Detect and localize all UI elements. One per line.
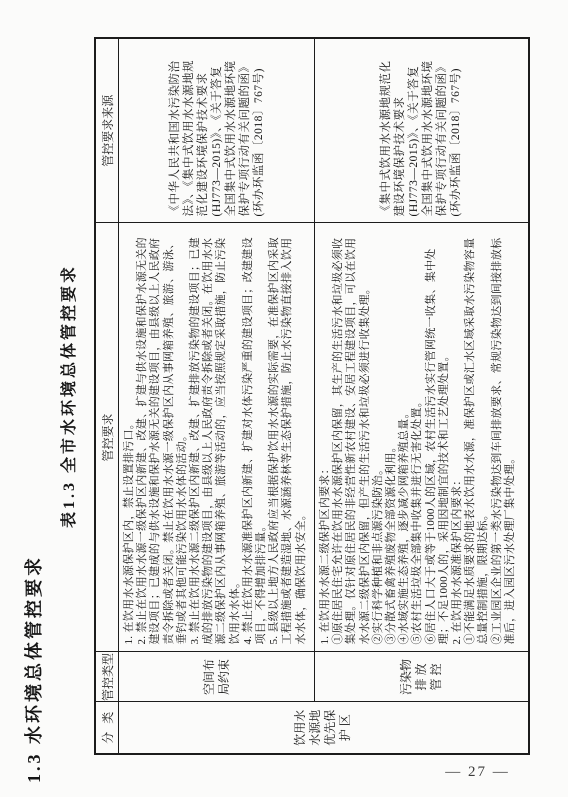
table-header-row: 分类 管控类型 管控要求 管控要求来源	[95, 38, 119, 754]
control-type-cell-pollutant: 污染物 排 放 管 控	[315, 652, 529, 702]
scanned-document-page: { "page": { "footer": "— 27 —" }, "headi…	[0, 0, 568, 797]
control-type-cell-spatial: 空间布 局约束	[119, 652, 315, 702]
category-cell: 饮用水 水源地 优先保 护 区	[119, 702, 529, 754]
footer-page-number: — 27 —	[425, 764, 530, 781]
header-cell-source: 管控要求来源	[95, 38, 119, 223]
table-caption: 表1.3 全市水环境总体管控要求	[56, 37, 79, 755]
source-cell-spatial: 《中华人民共和国水污染防治 法》、《集中式饮用水水源地规 范化建设环境保护技术要…	[119, 38, 315, 223]
table-row: 饮用水 水源地 优先保 护 区 空间布 局约束 1. 在饮用水水源保护区内，禁止…	[119, 38, 315, 754]
requirements-table: 分类 管控类型 管控要求 管控要求来源 饮用水 水源地 优先保 护 区 空间布 …	[94, 37, 530, 755]
table-row: 污染物 排 放 管 控 1. 在饮用水水源二级保护区内要求： ①原住居民住宅允许…	[315, 38, 529, 754]
requirements-cell-spatial: 1. 在饮用水水源保护区内，禁止设置排污口。 2. 禁止在饮用水水源一级保护区内…	[119, 223, 315, 652]
rotated-landscape-content: 1.3 水环境总体管控要求 表1.3 全市水环境总体管控要求 分类 管控类型 管…	[0, 0, 568, 797]
header-cell-control-type: 管控类型	[95, 652, 119, 702]
header-cell-category: 分类	[95, 702, 119, 754]
header-cell-requirements: 管控要求	[95, 223, 119, 652]
source-cell-pollutant: 《集中式饮用水水源地规范化 建设环境保护技术要求 (HJ773—2015)》、《…	[315, 38, 529, 223]
section-heading: 1.3 水环境总体管控要求	[20, 555, 46, 783]
requirements-cell-pollutant: 1. 在饮用水水源二级保护区内要求： ①原住居民住宅允许在饮用水水源保护区内保留…	[315, 223, 529, 652]
